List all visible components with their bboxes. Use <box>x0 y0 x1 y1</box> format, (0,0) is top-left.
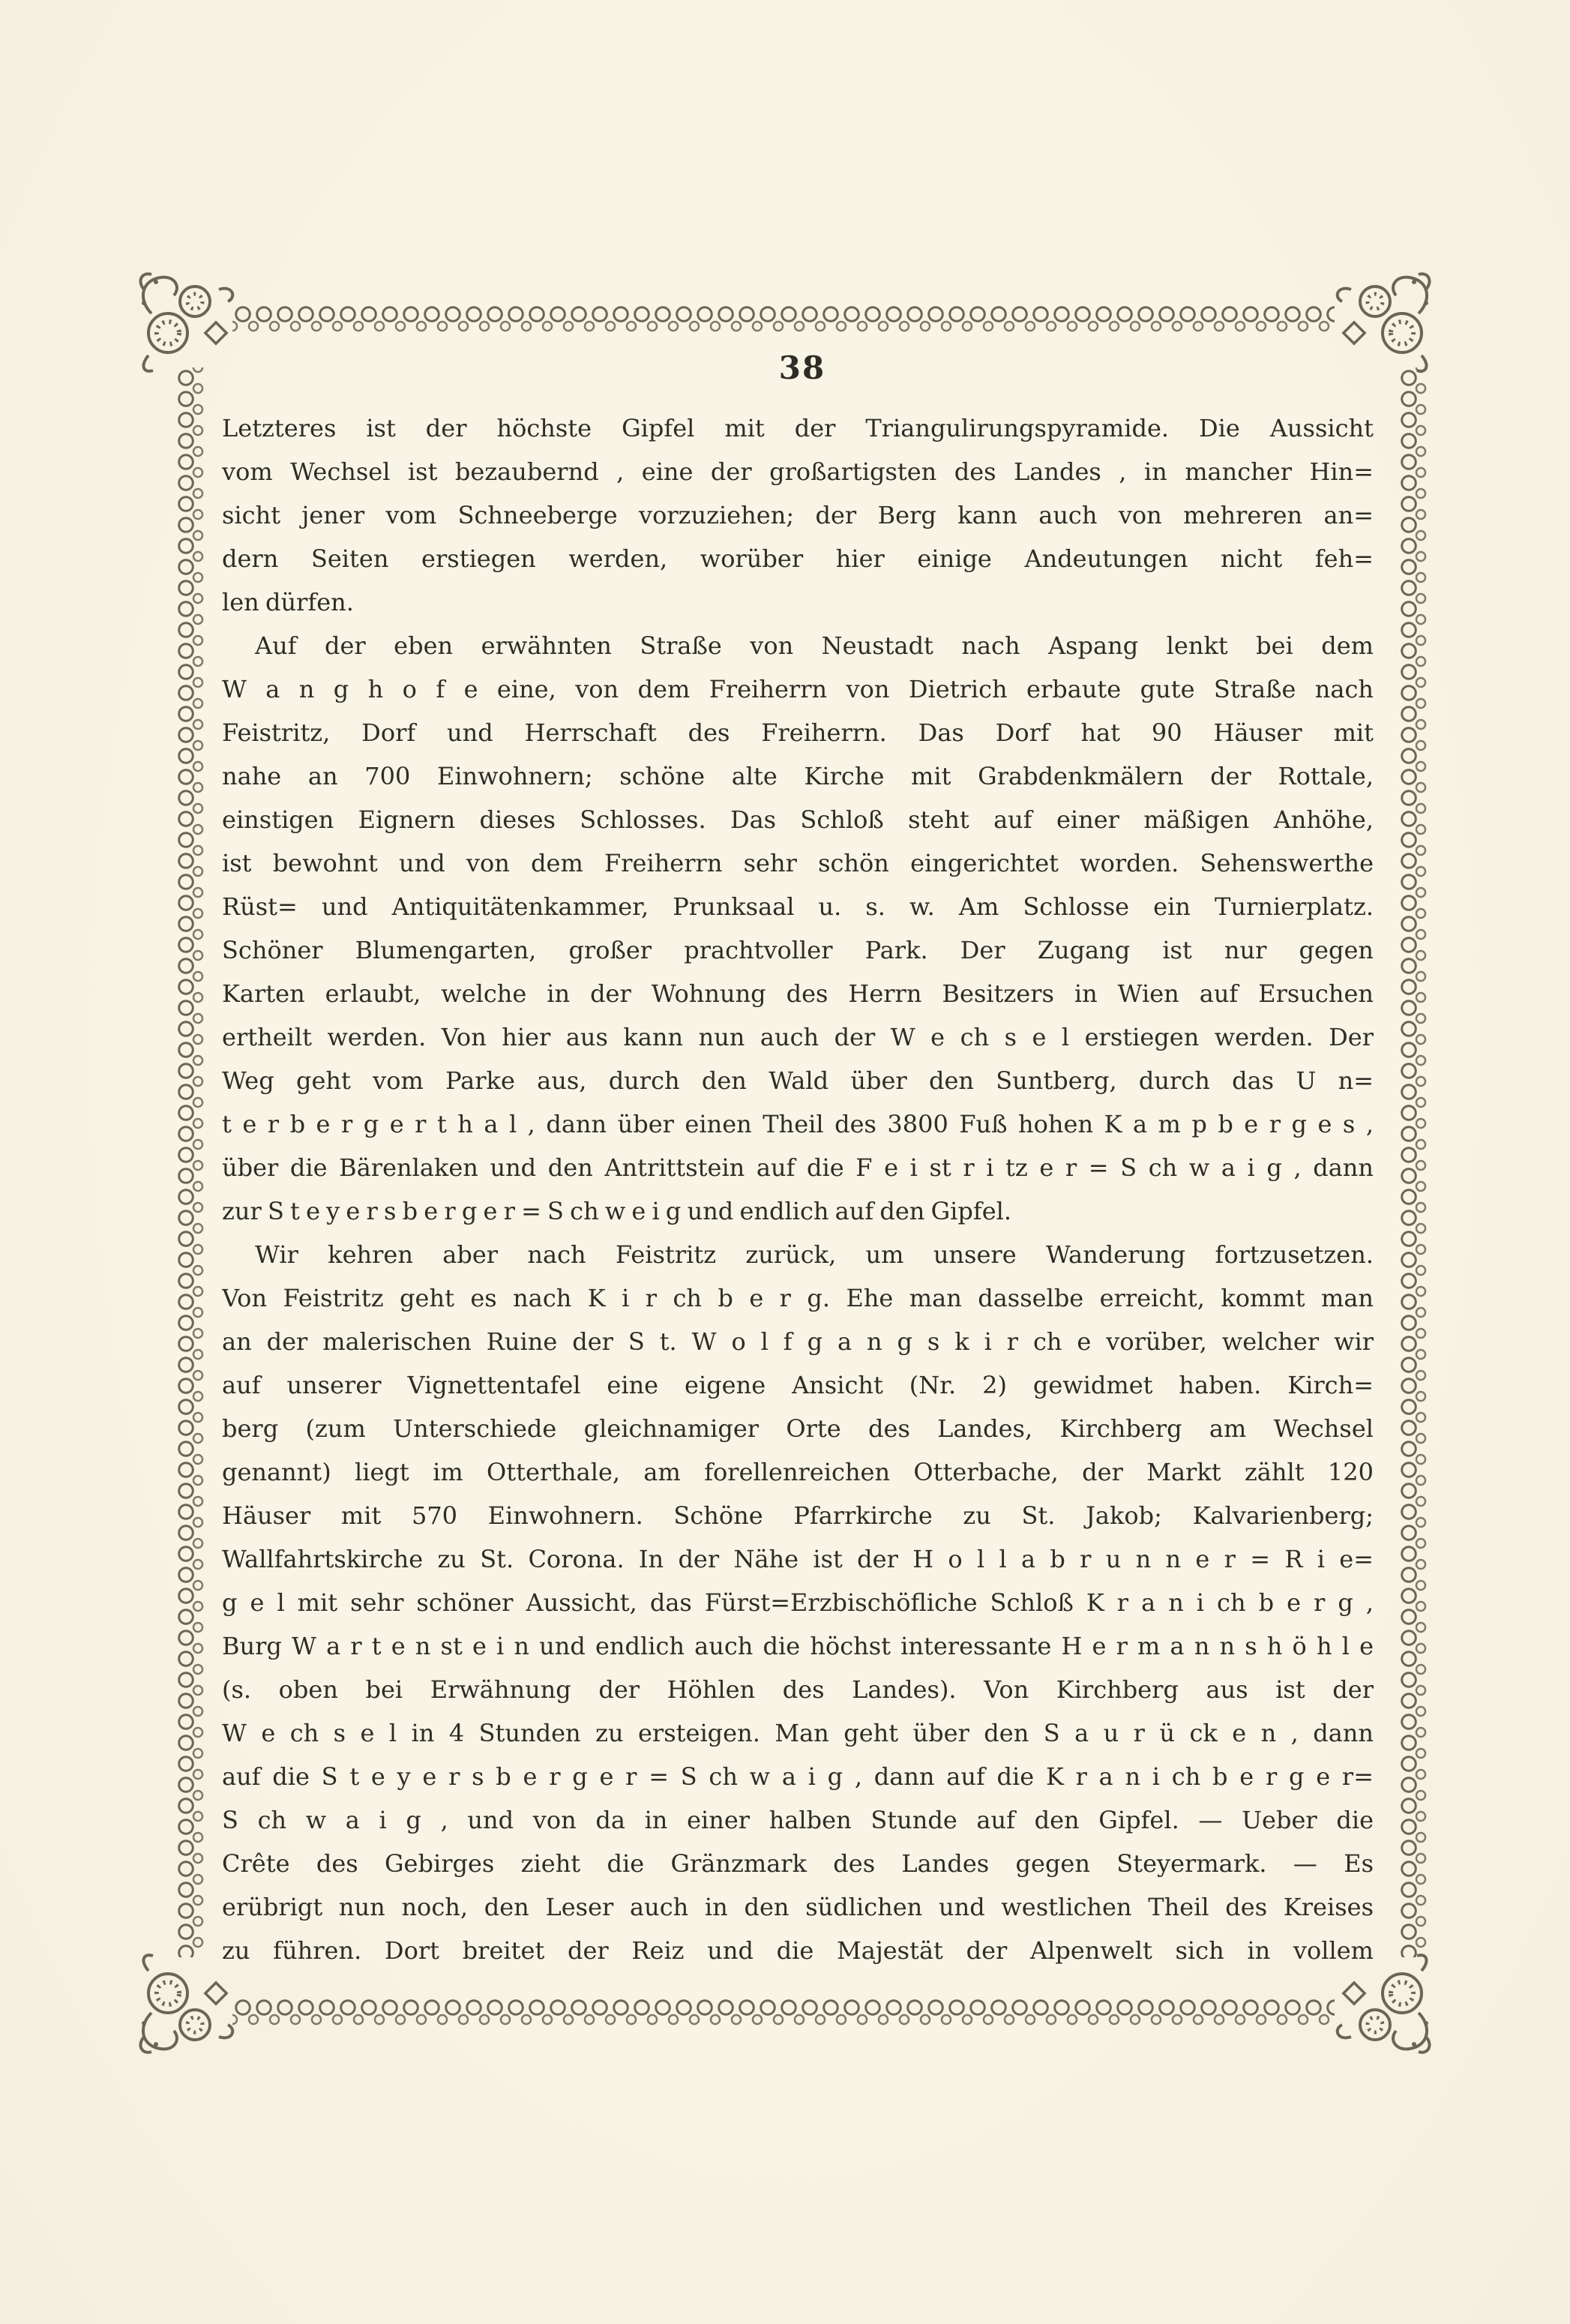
border-left <box>176 367 206 1957</box>
text-line: Häuser mit 570 Einwohnern. Schöne Pfarrk… <box>222 1494 1374 1537</box>
text-line: an der malerischen Ruine der S t. W o l … <box>222 1320 1374 1363</box>
text-line: nahe an 700 Einwohnern; schöne alte Kirc… <box>222 754 1374 798</box>
text-line: sicht jener vom Schneeberge vorzuziehen;… <box>222 493 1374 537</box>
text-line: dern Seiten erstiegen werden, worüber hi… <box>222 537 1374 580</box>
text-line: W a n g h o f e eine, von dem Freiherrn … <box>222 667 1374 711</box>
text-line: vom Wechsel ist bezaubernd , eine der gr… <box>222 450 1374 493</box>
text-line: Wallfahrtskirche zu St. Corona. In der N… <box>222 1537 1374 1581</box>
text-line: ertheilt werden. Von hier aus kann nun a… <box>222 1015 1374 1059</box>
text-line: berg (zum Unterschiede gleichnamiger Ort… <box>222 1407 1374 1450</box>
text-line: über die Bärenlaken und den Antrittstein… <box>222 1146 1374 1189</box>
text-line: W e ch s e l in 4 Stunden zu ersteigen. … <box>222 1711 1374 1755</box>
text-line: auf die S t e y e r s b e r g e r = S ch… <box>222 1755 1374 1798</box>
text-line: Crête des Gebirges zieht die Gränzmark d… <box>222 1842 1374 1885</box>
page-number: 38 <box>142 349 1462 386</box>
text-line: len dürfen. <box>222 580 1374 624</box>
text-line: Burg W a r t e n st e i n und endlich au… <box>222 1624 1374 1668</box>
text-line: Schöner Blumengarten, großer prachtvolle… <box>222 928 1374 972</box>
text-line: Letzteres ist der höchste Gipfel mit der… <box>222 406 1374 450</box>
text-line: zur S t e y e r s b e r g e r = S ch w e… <box>222 1189 1374 1233</box>
border-right <box>1399 367 1429 1957</box>
text-line: S ch w a i g , und von da in einer halbe… <box>222 1798 1374 1842</box>
text-line: auf unserer Vignettentafel eine eigene A… <box>222 1363 1374 1407</box>
paragraph: Letzteres ist der höchste Gipfel mit der… <box>222 406 1374 624</box>
paragraph: Auf der eben erwähnten Straße von Neusta… <box>222 624 1374 1233</box>
text-line: Rüst= und Antiquitätenkammer, Prunksaal … <box>222 885 1374 928</box>
text-line: zu führen. Dort breitet der Reiz und die… <box>222 1929 1374 1972</box>
text-line: g e l mit sehr schöner Aussicht, das Für… <box>222 1581 1374 1624</box>
text-line: Wir kehren aber nach Feistritz zurück, u… <box>222 1233 1374 1276</box>
text-line: erübrigt nun noch, den Leser auch in den… <box>222 1885 1374 1929</box>
text-line: ist bewohnt und von dem Freiherrn sehr s… <box>222 841 1374 885</box>
border-bottom <box>232 1996 1335 2029</box>
text-line: Auf der eben erwähnten Straße von Neusta… <box>222 624 1374 667</box>
text-line: genannt) liegt im Otterthale, am forelle… <box>222 1450 1374 1494</box>
text-line: (s. oben bei Erwähnung der Höhlen des La… <box>222 1668 1374 1711</box>
paragraph: Wir kehren aber nach Feistritz zurück, u… <box>222 1233 1374 1972</box>
text-line: Weg geht vom Parke aus, durch den Wald ü… <box>222 1059 1374 1102</box>
border-top <box>232 303 1335 335</box>
text-line: Feistritz, Dorf und Herrschaft des Freih… <box>222 711 1374 754</box>
text-line: einstigen Eignern dieses Schlosses. Das … <box>222 798 1374 841</box>
text-line: t e r b e r g e r t h a l , dann über ei… <box>222 1102 1374 1146</box>
book-page-scan: 38 Letzteres ist der höchste Gipfel mit … <box>0 0 1570 2324</box>
text-line: Karten erlaubt, welche in der Wohnung de… <box>222 972 1374 1015</box>
text-block: Letzteres ist der höchste Gipfel mit der… <box>222 406 1374 1972</box>
text-line: Von Feistritz geht es nach K i r ch b e … <box>222 1276 1374 1320</box>
